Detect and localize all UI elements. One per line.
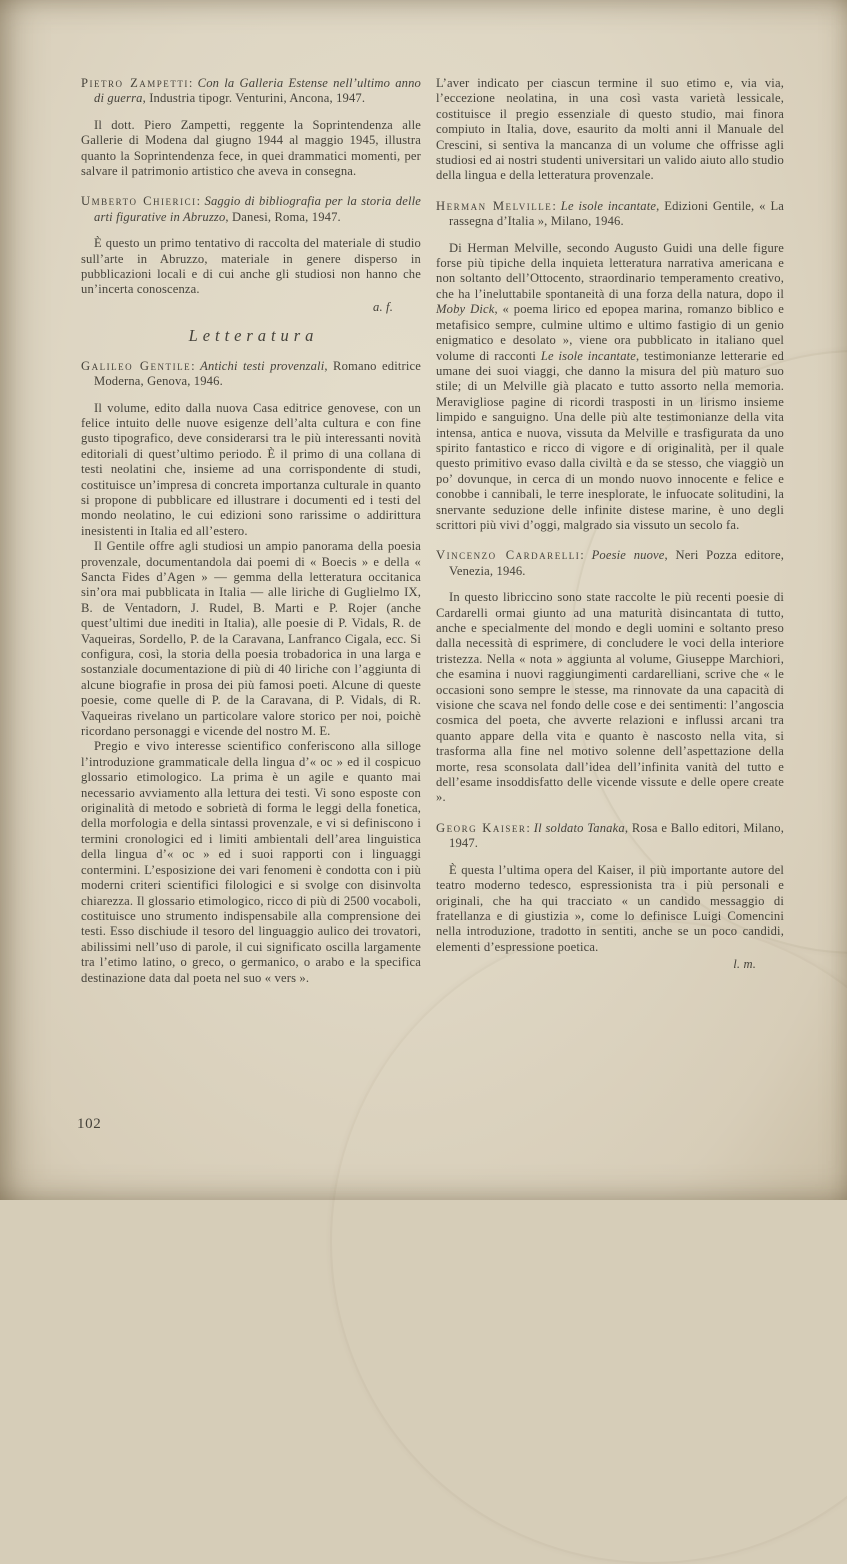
review-melville: Di Herman Melville, secondo Augusto Guid… bbox=[436, 241, 784, 534]
page-number: 102 bbox=[77, 1116, 101, 1133]
review-gentile-4: L’aver indicato per ciascun termine il s… bbox=[436, 76, 784, 184]
review-chierici: È questo un primo tentativo di raccolta … bbox=[81, 236, 421, 298]
reviewer-initials-af: a. f. bbox=[81, 300, 421, 315]
bibliography-entry-cardarelli: Vincenzo Cardarelli: Poesie nuove, Neri … bbox=[436, 548, 784, 579]
review-zampetti: Il dott. Piero Zampetti, reggente la Sop… bbox=[81, 118, 421, 180]
left-column: Pietro Zampetti: Con la Galleria Estense… bbox=[81, 76, 421, 986]
bibliography-entry-chierici: Umberto Chierici: Saggio di bibliografia… bbox=[81, 194, 421, 225]
section-heading-letteratura: Letteratura bbox=[81, 328, 421, 343]
reviewer-initials-lm: l. m. bbox=[436, 957, 784, 972]
review-gentile-2: Il Gentile offre agli studiosi un ampio … bbox=[81, 539, 421, 739]
bibliography-entry-kaiser: Georg Kaiser: Il soldato Tanaka, Rosa e … bbox=[436, 821, 784, 852]
review-kaiser: È questa l’ultima opera del Kaiser, il p… bbox=[436, 863, 784, 955]
bibliography-entry-melville: Herman Melville: Le isole incantate, Edi… bbox=[436, 199, 784, 230]
review-gentile-3: Pregio e vivo interesse scientifico conf… bbox=[81, 739, 421, 986]
review-cardarelli: In questo libriccino sono state raccolte… bbox=[436, 590, 784, 806]
review-gentile-1: Il volume, edito dalla nuova Casa editri… bbox=[81, 401, 421, 540]
right-column: L’aver indicato per ciascun termine il s… bbox=[436, 76, 784, 977]
bibliography-entry-gentile: Galileo Gentile: Antichi testi provenzal… bbox=[81, 359, 421, 390]
bibliography-entry-zampetti: Pietro Zampetti: Con la Galleria Estense… bbox=[81, 76, 421, 107]
